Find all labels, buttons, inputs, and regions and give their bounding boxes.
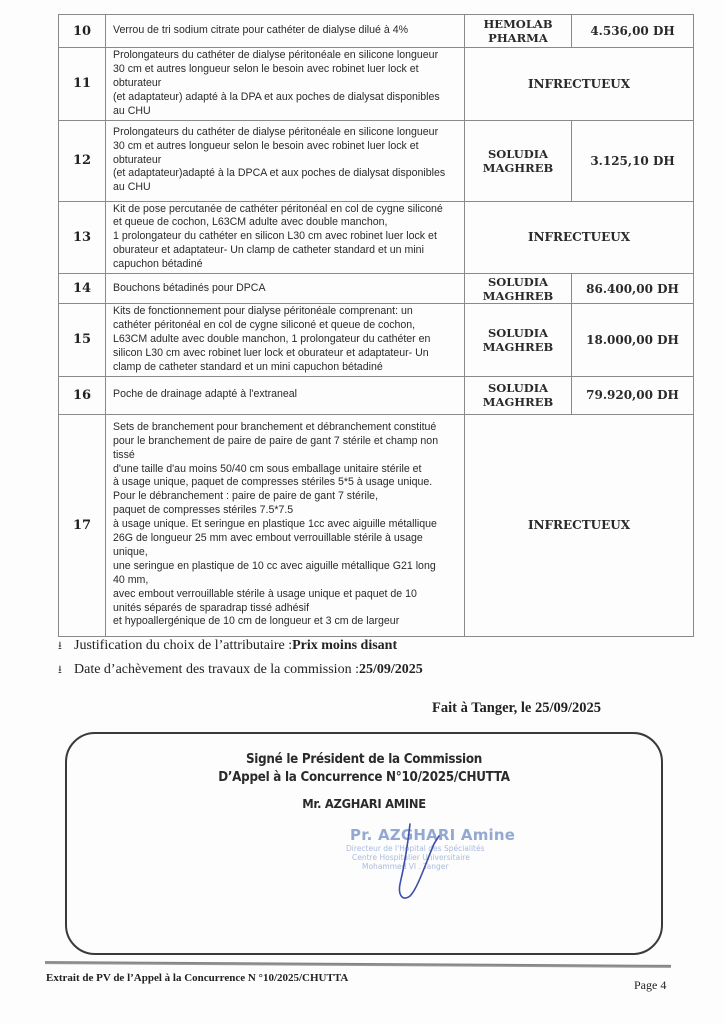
description-line: capuchon bétadiné	[113, 258, 460, 272]
signature-line-1: Signé le Président de la Commission	[91, 752, 637, 767]
signature-line-2: D’Appel à la Concurrence N°10/2025/CHUTT…	[91, 770, 637, 785]
description-line: unique,	[113, 546, 460, 560]
official-stamp: Pr. AZGHARI Amine Directeur de l'Hôpital…	[350, 826, 550, 871]
bullet-justification: ⭳ Justification du choix de l’attributai…	[58, 634, 423, 658]
supplier-line: SOLUDIA	[465, 275, 571, 289]
table-row: 13Kit de pose percutanée de cathéter pér…	[59, 201, 694, 274]
table-row: 17Sets de branchement pour branchement e…	[59, 414, 694, 636]
description-line: cathéter péritonéal en col de cygne sili…	[113, 319, 460, 333]
description-line: (et adaptateur) adapté à la DPA et aux p…	[113, 91, 460, 105]
bullet-label: Justification du choix de l’attributaire…	[74, 638, 292, 654]
supplier-line: SOLUDIA	[465, 326, 571, 340]
awarded-amount: 4.536,00 DH	[572, 15, 694, 48]
description-line: à usage unique. Et seringue en plastique…	[113, 518, 460, 532]
page-number: Page 4	[634, 978, 666, 993]
description-line: silicon L30 cm avec robinet luer lock et…	[113, 347, 460, 361]
table-row: 10Verrou de tri sodium citrate pour cath…	[59, 15, 694, 48]
description-line: à usage unique, paquet de compresses sté…	[113, 476, 460, 490]
awarded-supplier: SOLUDIAMAGHREB	[465, 304, 572, 377]
lot-number: 14	[59, 274, 106, 304]
description-line: d'une taille d'au moins 50/40 cm sous em…	[113, 463, 460, 477]
table-row: 11Prolongateurs du cathéter de dialyse p…	[59, 48, 694, 121]
lot-number: 11	[59, 48, 106, 121]
description-line: obturateur	[113, 154, 460, 168]
bullet-value: Prix moins disant	[292, 638, 397, 654]
table-row: 16Poche de drainage adapté à l'extraneal…	[59, 376, 694, 414]
description-line: Kit de pose percutanée de cathéter périt…	[113, 203, 460, 217]
description-line: 30 cm et autres longueur selon le besoin…	[113, 140, 460, 154]
stamp-line-1: Directeur de l'Hôpital des Spécialités	[346, 844, 550, 853]
lot-status: INFRECTUEUX	[465, 201, 694, 274]
description-line: Prolongateurs du cathéter de dialyse pér…	[113, 49, 460, 63]
description-line: au CHU	[113, 105, 460, 119]
description-line: oburateur et adaptateur- Un clamp de cat…	[113, 244, 460, 258]
description-line: Bouchons bétadinés pour DPCA	[113, 282, 460, 296]
description-line: une seringue en plastique de 10 cc avec …	[113, 560, 460, 574]
lot-description: Prolongateurs du cathéter de dialyse pér…	[106, 48, 465, 121]
lot-description: Bouchons bétadinés pour DPCA	[106, 274, 465, 304]
place-date: Fait à Tanger, le 25/09/2025	[432, 700, 601, 717]
description-line: clamp de catheter standard et un mini ca…	[113, 361, 460, 375]
description-line: avec embout verrouillable stérile à usag…	[113, 588, 460, 602]
description-line: Sets de branchement pour branchement et …	[113, 421, 460, 435]
down-arrow-bullet-icon: ⭳	[58, 637, 74, 656]
table-row: 12Prolongateurs du cathéter de dialyse p…	[59, 120, 694, 201]
description-line: Verrou de tri sodium citrate pour cathét…	[113, 24, 460, 38]
supplier-line: PHARMA	[465, 31, 571, 45]
signature-box: Signé le Président de la Commission D’Ap…	[65, 732, 663, 955]
bullet-completion-date: ⭳ Date d’achèvement des travaux de la co…	[58, 658, 423, 682]
lot-description: Kits de fonctionnement pour dialyse péri…	[106, 304, 465, 377]
footer-reference: Extrait de PV de l’Appel à la Concurrenc…	[46, 972, 348, 984]
table-row: 14Bouchons bétadinés pour DPCASOLUDIAMAG…	[59, 274, 694, 304]
lot-description: Kit de pose percutanée de cathéter périt…	[106, 201, 465, 274]
supplier-line: MAGHREB	[465, 340, 571, 354]
footer-divider	[45, 961, 671, 968]
description-line: paquet de compresses stériles 7.5*7.5	[113, 504, 460, 518]
description-line: Kits de fonctionnement pour dialyse péri…	[113, 305, 460, 319]
signatory-name: Mr. AZGHARI AMINE	[91, 796, 637, 811]
lot-description: Sets de branchement pour branchement et …	[106, 414, 465, 636]
lot-number: 15	[59, 304, 106, 377]
description-line: (et adaptateur)adapté à la DPCA et aux p…	[113, 167, 460, 181]
description-line: 1 prolongateur du cathéter en silicon L3…	[113, 230, 460, 244]
description-line: Prolongateurs du cathéter de dialyse pér…	[113, 126, 460, 140]
table-row: 15Kits de fonctionnement pour dialyse pé…	[59, 304, 694, 377]
bullet-label: Date d’achèvement des travaux de la comm…	[74, 662, 359, 678]
summary-bullets: ⭳ Justification du choix de l’attributai…	[58, 634, 423, 682]
lot-status: INFRECTUEUX	[465, 48, 694, 121]
awarded-amount: 86.400,00 DH	[572, 274, 694, 304]
supplier-line: SOLUDIA	[465, 147, 571, 161]
description-line: tissé	[113, 449, 460, 463]
awarded-amount: 79.920,00 DH	[572, 376, 694, 414]
description-line: Poche de drainage adapté à l'extraneal	[113, 388, 460, 402]
lot-status: INFRECTUEUX	[465, 414, 694, 636]
down-arrow-bullet-icon: ⭳	[58, 661, 74, 680]
document-page: 10Verrou de tri sodium citrate pour cath…	[0, 0, 724, 1024]
awarded-supplier: SOLUDIAMAGHREB	[465, 120, 572, 201]
description-line: pour le branchement de paire de paire de…	[113, 435, 460, 449]
description-line: au CHU	[113, 181, 460, 195]
handwritten-signature-icon	[382, 822, 442, 904]
awarded-amount: 18.000,00 DH	[572, 304, 694, 377]
lots-table: 10Verrou de tri sodium citrate pour cath…	[58, 14, 694, 637]
description-line: et hypoallergénique de 10 cm de longueur…	[113, 615, 460, 629]
description-line: 30 cm et autres longueur selon le besoin…	[113, 63, 460, 77]
awarded-amount: 3.125,10 DH	[572, 120, 694, 201]
description-line: 26G de longueur 25 mm avec embout verrou…	[113, 532, 460, 546]
description-line: L63CM adulte avec double manchon, 1 prol…	[113, 333, 460, 347]
supplier-line: MAGHREB	[465, 289, 571, 303]
lot-number: 16	[59, 376, 106, 414]
description-line: et queue de cochon, L63CM adulte avec do…	[113, 216, 460, 230]
stamp-title: Pr. AZGHARI Amine	[350, 826, 550, 844]
lot-description: Poche de drainage adapté à l'extraneal	[106, 376, 465, 414]
description-line: Pour le débranchement : paire de paire d…	[113, 490, 460, 504]
supplier-line: MAGHREB	[465, 395, 571, 409]
description-line: obturateur	[113, 77, 460, 91]
lot-number: 17	[59, 414, 106, 636]
awarded-supplier: SOLUDIAMAGHREB	[465, 376, 572, 414]
awarded-supplier: HEMOLABPHARMA	[465, 15, 572, 48]
supplier-line: HEMOLAB	[465, 17, 571, 31]
description-line: unités séparés de sparadrap tissé adhési…	[113, 602, 460, 616]
supplier-line: SOLUDIA	[465, 381, 571, 395]
lot-number: 13	[59, 201, 106, 274]
bullet-value: 25/09/2025	[359, 662, 423, 678]
lot-description: Verrou de tri sodium citrate pour cathét…	[106, 15, 465, 48]
awarded-supplier: SOLUDIAMAGHREB	[465, 274, 572, 304]
lot-number: 12	[59, 120, 106, 201]
supplier-line: MAGHREB	[465, 161, 571, 175]
lot-description: Prolongateurs du cathéter de dialyse pér…	[106, 120, 465, 201]
lot-number: 10	[59, 15, 106, 48]
description-line: 40 mm,	[113, 574, 460, 588]
